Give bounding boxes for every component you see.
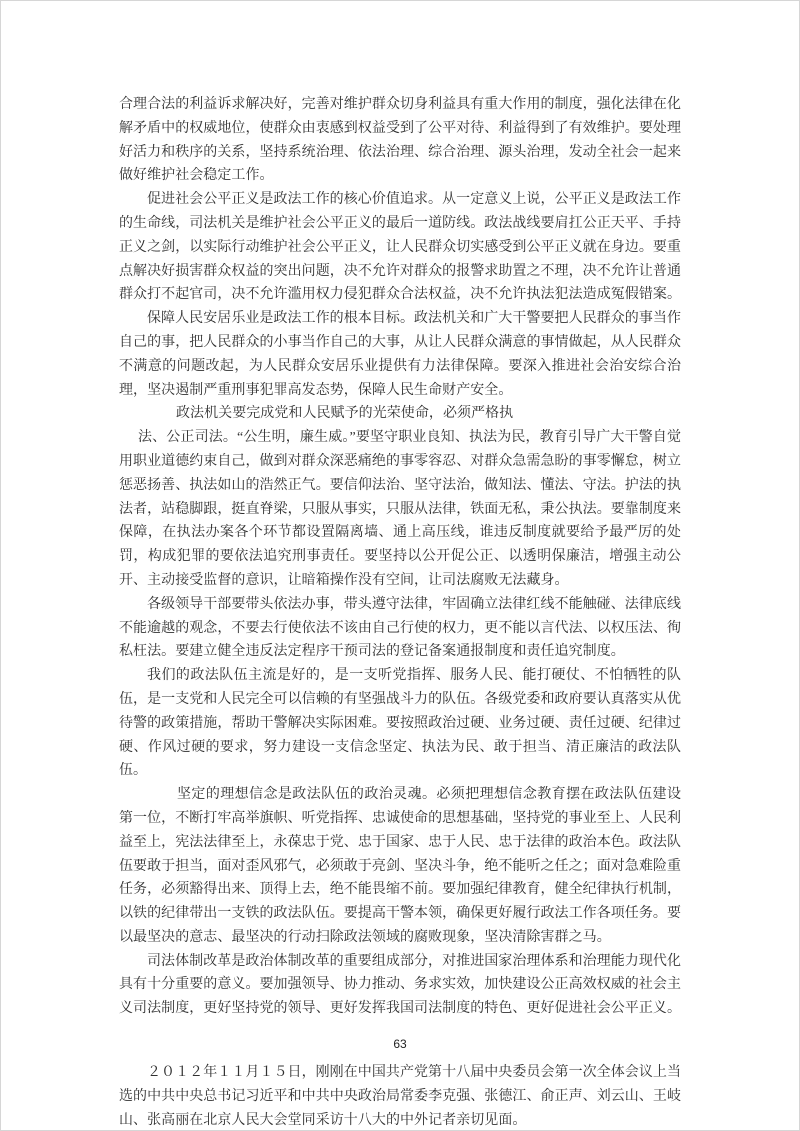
paragraph-mission-line: 政法机关要完成党和人民赋予的光荣使命，必须严格执 — [119, 402, 681, 426]
document-page: 合理合法的利益诉求解决好，完善对维护群众切身利益具有重大作用的制度，强化法律在化… — [0, 0, 800, 1131]
paragraph-leading-cadres: 各级领导干部要带头依法办事，带头遵守法律，牢固确立法律红线不能触碰、法律底线不能… — [119, 593, 681, 664]
paragraph-ideals-beliefs: 坚定的理想信念是政法队伍的政治灵魂。必须把理想信念教育摆在政法队伍建设第一位，不… — [119, 783, 681, 950]
page-number: 63 — [1, 1037, 799, 1051]
paragraph-judicial-reform: 司法体制改革是政治体制改革的重要组成部分，对推进国家治理体系和治理能力现代化具有… — [119, 950, 681, 1021]
paragraph-police-force: 我们的政法队伍主流是好的，是一支听党指挥、服务人民、能打硬仗、不怕牺牲的队伍，是… — [119, 664, 681, 783]
paragraph-continuation: 合理合法的利益诉求解决好，完善对维护群众切身利益具有重大作用的制度，强化法律在化… — [119, 93, 681, 188]
page-content: 合理合法的利益诉求解决好，完善对维护群众切身利益具有重大作用的制度，强化法律在化… — [119, 93, 681, 1131]
paragraph-date-note: ２０１２年１１月１５日，刚刚在中国共产党第十八届中央委员会第一次全体会议上当选的… — [119, 1061, 681, 1131]
paragraph-fairness-justice: 促进社会公平正义是政法工作的核心价值追求。从一定意义上说，公平正义是政法工作的生… — [119, 188, 681, 307]
paragraph-strict-law: 法、公正司法。“公生明，廉生威。”要坚守职业良知、执法为民，教育引导广大干警自觉… — [119, 426, 681, 593]
paragraph-peaceful-living: 保障人民安居乐业是政法工作的根本目标。政法机关和广大干警要把人民群众的事当作自己… — [119, 307, 681, 402]
